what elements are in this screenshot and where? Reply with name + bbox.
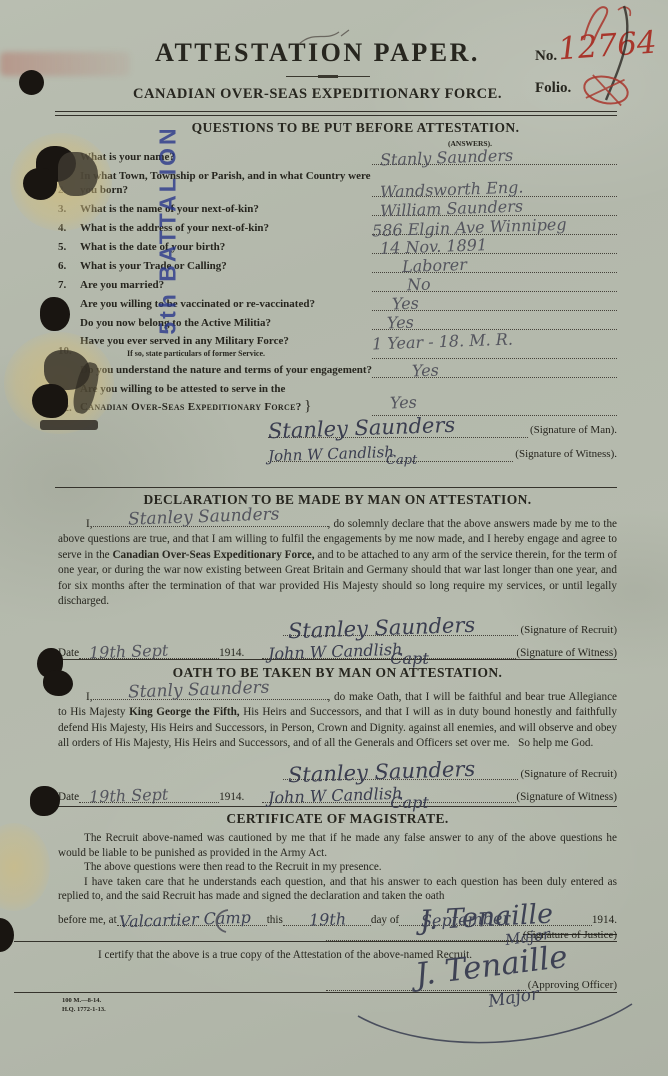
witness-signature-line: John W Candlish Capt xyxy=(262,788,516,803)
signature-of-man-label: (Signature of Man). xyxy=(530,424,617,438)
answer-handwriting: Yes xyxy=(390,392,418,413)
day-handwriting: 19th xyxy=(309,909,347,929)
title-divider xyxy=(286,76,370,77)
date-line: 19th Sept xyxy=(79,644,219,659)
question-row-8: 8. Are you willing to be vaccinated or r… xyxy=(58,297,617,311)
question-number: 5. xyxy=(58,241,80,255)
ink-blot xyxy=(58,152,98,196)
witness-rank-handwriting: Capt xyxy=(390,649,428,668)
question-note: If so, state particulars of former Servi… xyxy=(80,349,312,359)
answer-line: Wandsworth Eng. xyxy=(372,183,617,197)
red-ink-bleed-smudge xyxy=(0,52,130,76)
question-text: Do you understand the nature and terms o… xyxy=(80,364,372,378)
question-text: What is your Trade or Calling? xyxy=(80,260,372,274)
ink-blot xyxy=(40,297,70,331)
place-line: Valcartier Camp xyxy=(117,911,267,926)
question-text: Are you willing to be vaccinated or re-v… xyxy=(80,298,372,312)
question-text: Have you ever served in any Military For… xyxy=(80,335,372,359)
question-text: What is the address of your next-of-kin? xyxy=(80,222,372,236)
certificate-heading: CERTIFICATE OF MAGISTRATE. xyxy=(58,811,617,827)
name-fill-line: Stanly Saunders xyxy=(93,687,328,700)
answer-handwriting: No xyxy=(407,275,431,296)
declaration-date-row: Date 19th Sept 1914. John W Candlish Cap… xyxy=(58,644,617,659)
question-text-main: Have you ever served in any Military For… xyxy=(80,335,289,347)
witness-signature-handwriting: John W Candlish xyxy=(268,443,395,466)
answer-line: 1 Year - 18. M. R. xyxy=(372,345,617,359)
year-label: 1914. xyxy=(219,647,244,659)
declaration-section: DECLARATION TO BE MADE BY MAN ON ATTESTA… xyxy=(58,492,617,659)
signature-of-witness-label: (Signature of Witness) xyxy=(516,647,617,659)
witness-signature-handwriting: John W Candlish xyxy=(268,783,403,807)
question-number: 7. xyxy=(58,279,80,293)
signature-line: Stanley Saunders xyxy=(283,764,518,780)
declaration-paragraph: I,Stanley Saunders, do solemnly declare … xyxy=(58,514,617,610)
pencil-squiggle xyxy=(295,26,365,48)
ink-blot xyxy=(32,384,68,418)
signature-of-witness-label: (Signature of Witness). xyxy=(515,448,617,462)
answer-handwriting: Yes xyxy=(387,313,415,334)
question-row-6: 6. What is your Trade or Calling? Labore… xyxy=(58,259,617,273)
imprint-line-1: 100 M.—8-14. xyxy=(62,997,106,1006)
answer-line: No xyxy=(372,278,617,292)
oath-heading: OATH TO BE TAKEN BY MAN ON ATTESTATION. xyxy=(58,665,617,681)
question-row-5: 5. What is the date of your birth? 14 No… xyxy=(58,240,617,254)
answer-handwriting: Yes xyxy=(392,294,420,315)
punch-hole xyxy=(0,918,14,952)
ink-blot xyxy=(40,420,98,430)
repair-tape-stain xyxy=(0,823,50,911)
oath-name-handwriting: Stanly Saunders xyxy=(127,676,269,704)
date-label: Date xyxy=(58,791,79,803)
man-signature-handwriting: Stanley Saunders xyxy=(268,412,456,445)
witness-signature-line: John W Candlish Capt xyxy=(262,644,516,659)
question-text: Are you willing to be attested to serve … xyxy=(80,383,372,416)
year-label: 1914. xyxy=(592,914,617,926)
certificate-paragraph-2: The above questions were then read to th… xyxy=(58,860,617,875)
year-label: 1914. xyxy=(219,791,244,803)
battalion-stamp: 5th BATTALION xyxy=(155,125,182,334)
name-fill-line: Stanley Saunders xyxy=(93,514,328,527)
signature-line: Stanley Saunders xyxy=(283,620,518,636)
answer-line: Stanly Saunders xyxy=(372,151,617,165)
signature-of-man-row: Stanley Saunders (Signature of Man). xyxy=(58,422,617,438)
signature-line: Stanley Saunders xyxy=(268,422,528,438)
closing-brace: } xyxy=(304,398,311,414)
question-text-line2: Canadian Over-Seas Expeditionary Force? xyxy=(80,401,302,413)
oath-date-row: Date 19th Sept 1914. John W Candlish Cap… xyxy=(58,788,617,803)
answer-line: Yes xyxy=(372,364,617,378)
signature-of-recruit-label: (Signature of Recruit) xyxy=(520,624,617,636)
answer-handwriting: Stanly Saunders xyxy=(380,146,514,171)
declaration-heading: DECLARATION TO BE MADE BY MAN ON ATTESTA… xyxy=(58,492,617,508)
date-handwriting: 19th Sept xyxy=(89,640,169,662)
question-row-9: 9. Do you now belong to the Active Milit… xyxy=(58,316,617,330)
ink-blot xyxy=(23,168,57,200)
answer-line: Yes xyxy=(372,297,617,311)
king-name-bold: King George the Fifth, xyxy=(129,706,240,718)
question-row-4: 4. What is the address of your next-of-k… xyxy=(58,221,617,235)
declaration-name-handwriting: Stanley Saunders xyxy=(127,503,279,532)
answer-handwriting: Laborer xyxy=(402,255,467,277)
signature-of-recruit-label: (Signature of Recruit) xyxy=(520,768,617,780)
approving-officer-label: (Approving Officer) xyxy=(528,979,617,991)
oath-paragraph: I,Stanly Saunders, do make Oath, that I … xyxy=(58,687,617,752)
witness-rank-handwriting: Capt xyxy=(390,793,428,812)
page-subtitle: CANADIAN OVER-SEAS EXPEDITIONARY FORCE. xyxy=(58,86,577,103)
answer-line: 586 Elgin Ave Winnipeg xyxy=(372,221,617,235)
signature-line: John W Candlish Capt xyxy=(268,446,513,462)
force-name-bold: Canadian Over-Seas Expeditionary Force, xyxy=(112,549,314,561)
this-label: this xyxy=(267,914,283,926)
recruit-signature-handwriting: Stanley Saunders xyxy=(288,757,476,788)
ink-blot xyxy=(30,786,60,816)
stray-pencil-mark xyxy=(208,906,234,936)
answer-handwriting: Yes xyxy=(412,361,440,382)
i-label: I, xyxy=(58,518,93,530)
witness-rank-handwriting: Capt xyxy=(386,453,417,469)
before-me-label: before me, at xyxy=(58,914,117,926)
question-text: Do you now belong to the Active Militia? xyxy=(80,317,372,331)
answer-line: 14 Nov. 1891 xyxy=(372,240,617,254)
day-of-label: day of xyxy=(371,914,399,926)
signature-of-witness-row: John W Candlish Capt (Signature of Witne… xyxy=(58,446,617,462)
date-line: 19th Sept xyxy=(79,788,219,803)
answer-line: William Saunders xyxy=(372,202,617,216)
question-text: In what Town, Township or Parish, and in… xyxy=(80,170,372,198)
question-row-3: 3. What is the name of your next-of-kin?… xyxy=(58,202,617,216)
question-row-2: 2. In what Town, Township or Parish, and… xyxy=(58,170,617,198)
oath-section: OATH TO BE TAKEN BY MAN ON ATTESTATION. … xyxy=(58,665,617,803)
question-row-12: 12. Are you willing to be attested to se… xyxy=(58,383,617,416)
day-line: 19th xyxy=(283,911,371,926)
question-text: What is your name? xyxy=(80,151,372,165)
witness-signature-handwriting: John W Candlish xyxy=(268,639,403,663)
attestation-paper-scan: 5th BATTALION ATTESTATION PAPER. CANADIA… xyxy=(0,0,668,1076)
questions-heading: QUESTIONS TO BE PUT BEFORE ATTESTATION. xyxy=(58,120,617,137)
answer-handwriting: 1 Year - 18. M. R. xyxy=(372,330,514,355)
question-row-7: 7. Are you married? No xyxy=(58,278,617,292)
oath-recruit-signature-row: Stanley Saunders (Signature of Recruit) xyxy=(58,764,617,780)
question-text: What is the date of your birth? xyxy=(80,241,372,255)
question-text: What is the name of your next-of-kin? xyxy=(80,203,372,217)
question-row-1: 1. What is your name? Stanly Saunders xyxy=(58,151,617,165)
date-handwriting: 19th Sept xyxy=(89,784,169,806)
questions-section: QUESTIONS TO BE PUT BEFORE ATTESTATION. … xyxy=(58,120,617,462)
recruit-signature-handwriting: Stanley Saunders xyxy=(288,612,476,643)
question-row-10: 10. Have you ever served in any Military… xyxy=(58,335,617,359)
answer-line: Laborer xyxy=(372,259,617,273)
imprint-line-2: H.Q. 1772-1-13. xyxy=(62,1006,106,1015)
punch-hole xyxy=(19,70,44,95)
question-number: 6. xyxy=(58,260,80,274)
form-imprint: 100 M.—8-14. H.Q. 1772-1-13. xyxy=(62,997,106,1015)
declaration-recruit-signature-row: Stanley Saunders (Signature of Recruit) xyxy=(58,620,617,636)
question-row-11: Do you understand the nature and terms o… xyxy=(58,364,617,378)
ink-blot xyxy=(43,670,73,696)
signature-of-witness-label: (Signature of Witness) xyxy=(516,791,617,803)
certificate-paragraph-1: The Recruit above-named was cautioned by… xyxy=(58,831,617,860)
question-text: Are you married? xyxy=(80,279,372,293)
answer-line: Yes xyxy=(372,316,617,330)
